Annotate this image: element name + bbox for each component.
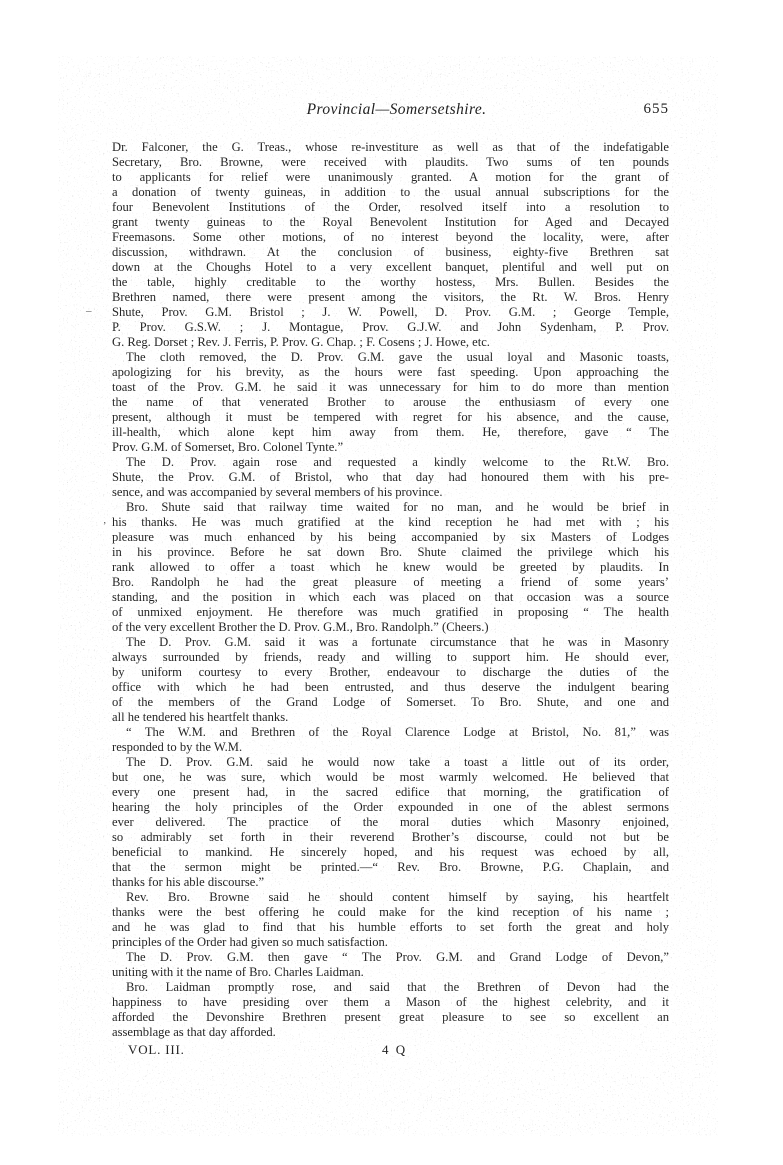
article-body: Dr. Falconer, the G. Treas., whose re-in… bbox=[112, 140, 669, 1040]
margin-dash-mark: – bbox=[86, 306, 92, 317]
text-line: The cloth removed, the D. Prov. G.M. gav… bbox=[112, 350, 669, 365]
text-line: sence, and was accompanied by several me… bbox=[112, 485, 669, 500]
paragraph: “ The W.M. and Brethren of the Royal Cla… bbox=[112, 725, 669, 755]
text-line: of unmixed enjoyment. He therefore was m… bbox=[112, 605, 669, 620]
text-line: pleasure was much enhanced by his being … bbox=[112, 530, 669, 545]
text-line: toast of the Prov. G.M. he said it was u… bbox=[112, 380, 669, 395]
text-line: P. Prov. G.S.W. ; J. Montague, Prov. G.J… bbox=[112, 320, 669, 335]
text-line: that the sermon might be printed.—“ Rev.… bbox=[112, 860, 669, 875]
text-line: assemblage as that day afforded. bbox=[112, 1025, 669, 1040]
text-line: of the members of the Grand Lodge of Som… bbox=[112, 695, 669, 710]
text-line: Brethren named, there were present among… bbox=[112, 290, 669, 305]
paragraph: The D. Prov. G.M. then gave “ The Prov. … bbox=[112, 950, 669, 980]
signature-mark: 4 Q bbox=[382, 1042, 407, 1058]
page-footer: VOL. III. 4 Q bbox=[112, 1042, 669, 1060]
running-head: Provincial—Somersetshire. 655 bbox=[112, 101, 669, 123]
text-line: present, although it must be tempered wi… bbox=[112, 410, 669, 425]
text-column: Provincial—Somersetshire. 655 Dr. Falcon… bbox=[112, 101, 669, 1040]
text-line: standing, and the position in which each… bbox=[112, 590, 669, 605]
text-line: his thanks. He was much gratified at the… bbox=[112, 515, 669, 530]
text-line: Shute, the Prov. G.M. of Bristol, who th… bbox=[112, 470, 669, 485]
volume-label: VOL. III. bbox=[128, 1042, 185, 1058]
text-line: ill-health, which alone kept him away fr… bbox=[112, 425, 669, 440]
text-line: Freemasons. Some other motions, of no in… bbox=[112, 230, 669, 245]
text-line: the table, highly creditable to the wort… bbox=[112, 275, 669, 290]
text-line: thanks for his able discourse.” bbox=[112, 875, 669, 890]
text-line: so admirably set forth in their reverend… bbox=[112, 830, 669, 845]
text-line: The D. Prov. again rose and requested a … bbox=[112, 455, 669, 470]
text-line: Prov. G.M. of Somerset, Bro. Colonel Tyn… bbox=[112, 440, 669, 455]
text-line: G. Reg. Dorset ; Rev. J. Ferris, P. Prov… bbox=[112, 335, 669, 350]
text-line: all he tendered his heartfelt thanks. bbox=[112, 710, 669, 725]
text-line: of the very excellent Brother the D. Pro… bbox=[112, 620, 669, 635]
text-line: a donation of twenty guineas, in additio… bbox=[112, 185, 669, 200]
text-line: beneficial to mankind. He sincerely hope… bbox=[112, 845, 669, 860]
paragraph: Bro. Laidman promptly rose, and said tha… bbox=[112, 980, 669, 1040]
text-line: Rev. Bro. Browne said he should content … bbox=[112, 890, 669, 905]
paragraph: The D. Prov. again rose and requested a … bbox=[112, 455, 669, 500]
text-line: Secretary, Bro. Browne, were received wi… bbox=[112, 155, 669, 170]
text-line: Dr. Falconer, the G. Treas., whose re-in… bbox=[112, 140, 669, 155]
paragraph: The cloth removed, the D. Prov. G.M. gav… bbox=[112, 350, 669, 455]
text-line: The D. Prov. G.M. said it was a fortunat… bbox=[112, 635, 669, 650]
text-line: hearing the holy principles of the Order… bbox=[112, 800, 669, 815]
text-line: thanks were the best offering he could m… bbox=[112, 905, 669, 920]
text-line: rank allowed to offer a toast which he k… bbox=[112, 560, 669, 575]
text-line: down at the Choughs Hotel to a very exce… bbox=[112, 260, 669, 275]
paragraph: The D. Prov. G.M. said he would now take… bbox=[112, 755, 669, 890]
text-line: The D. Prov. G.M. said he would now take… bbox=[112, 755, 669, 770]
text-line: Bro. Laidman promptly rose, and said tha… bbox=[112, 980, 669, 995]
text-line: Shute, Prov. G.M. Bristol ; J. W. Powell… bbox=[112, 305, 669, 320]
paragraph: Bro. Shute said that railway time waited… bbox=[112, 500, 669, 635]
text-line: always surrounded by friends, ready and … bbox=[112, 650, 669, 665]
text-line: discussion, withdrawn. At the conclusion… bbox=[112, 245, 669, 260]
text-line: happiness to have presiding over them a … bbox=[112, 995, 669, 1010]
margin-tick-mark: ’ bbox=[103, 521, 106, 532]
text-line: afforded the Devonshire Brethren present… bbox=[112, 1010, 669, 1025]
scanned-page: – ’ Provincial—Somersetshire. 655 Dr. Fa… bbox=[0, 0, 783, 1165]
text-line: The D. Prov. G.M. then gave “ The Prov. … bbox=[112, 950, 669, 965]
page-number: 655 bbox=[644, 101, 670, 118]
page-title: Provincial—Somersetshire. bbox=[118, 101, 675, 119]
text-line: Bro. Randolph he had the great pleasure … bbox=[112, 575, 669, 590]
text-line: but one, he was sure, which would be mos… bbox=[112, 770, 669, 785]
text-line: principles of the Order had given so muc… bbox=[112, 935, 669, 950]
text-line: four Benevolent Institutions of the Orde… bbox=[112, 200, 669, 215]
text-line: the name of that venerated Brother to ar… bbox=[112, 395, 669, 410]
text-line: in his province. Before he sat down Bro.… bbox=[112, 545, 669, 560]
text-line: by uniform courtesy to every Brother, en… bbox=[112, 665, 669, 680]
text-line: “ The W.M. and Brethren of the Royal Cla… bbox=[112, 725, 669, 740]
text-line: every one present had, in the sacred edi… bbox=[112, 785, 669, 800]
text-line: Bro. Shute said that railway time waited… bbox=[112, 500, 669, 515]
text-line: responded to by the W.M. bbox=[112, 740, 669, 755]
text-line: and he was glad to find that his humble … bbox=[112, 920, 669, 935]
text-line: grant twenty guineas to the Royal Benevo… bbox=[112, 215, 669, 230]
paragraph: Dr. Falconer, the G. Treas., whose re-in… bbox=[112, 140, 669, 350]
paragraph: Rev. Bro. Browne said he should content … bbox=[112, 890, 669, 950]
text-line: ever delivered. The practice of the mora… bbox=[112, 815, 669, 830]
text-line: apologizing for his brevity, as the hour… bbox=[112, 365, 669, 380]
text-line: to applicants for relief were unanimousl… bbox=[112, 170, 669, 185]
paragraph: The D. Prov. G.M. said it was a fortunat… bbox=[112, 635, 669, 725]
text-line: office with which he had been entrusted,… bbox=[112, 680, 669, 695]
text-line: uniting with it the name of Bro. Charles… bbox=[112, 965, 669, 980]
